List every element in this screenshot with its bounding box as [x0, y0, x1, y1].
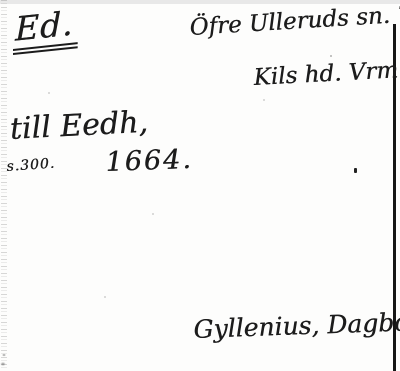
parish-name-line: Öfre Ulleruds sn. ?	[189, 3, 400, 42]
paper-speck	[330, 55, 332, 57]
archive-index-card: Ed. Öfre Ulleruds sn. ? Kils hd. Vrm. ti…	[0, 0, 400, 371]
paper-speck	[104, 296, 106, 298]
left-edge-bleedthrough-text	[1, 0, 7, 371]
paper-speck	[152, 213, 154, 215]
paper-speck	[48, 92, 50, 94]
bottom-left-smudge	[0, 352, 10, 369]
paper-speck	[263, 99, 265, 101]
ink-dot	[354, 168, 357, 173]
district-province-line: Kils hd. Vrm.	[253, 58, 400, 91]
citation-text: till Eedh,	[9, 106, 149, 146]
page-reference: s.300.	[6, 157, 56, 176]
citation-year: 1664.	[105, 145, 193, 178]
scan-top-edge	[0, 0, 400, 4]
entry-heading: Ed.	[13, 5, 77, 55]
source-reference-line: Gyllenius, Dagbok.	[193, 308, 400, 344]
